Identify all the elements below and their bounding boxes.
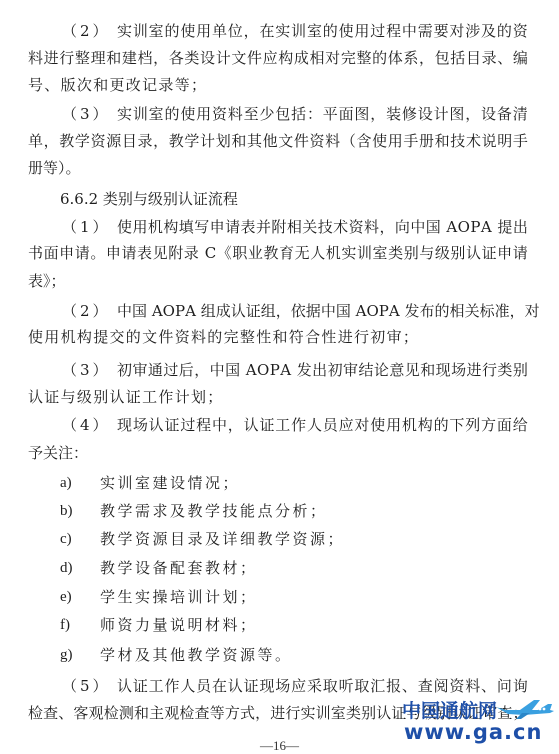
step-first-line: 现场认证过程中，认证工作人员应对使用机构的下列方面给: [117, 415, 528, 435]
step-number: （3）: [62, 360, 111, 380]
paragraph-line: 单，教学资源目录，教学计划和其他文件资料（含使用手册和技术说明手: [28, 131, 528, 151]
step-line: 予关注：: [28, 443, 528, 463]
paragraph-line: 号、版次和更改记录等；: [28, 75, 528, 95]
list-item-label: a): [60, 473, 72, 493]
list-item-text: 学生实操培训计划；: [100, 587, 258, 607]
paragraph-line: 料进行整理和建档，各类设计文件应构成相对完整的体系，包括目录、编: [28, 48, 528, 68]
watermark-name: 中国通航网: [402, 696, 497, 723]
list-item-text: 实训室建设情况；: [100, 473, 240, 493]
list-item-label: g): [60, 645, 73, 665]
step-first-line: 初审通过后，中国 AOPA 发出初审结论意见和现场进行类别: [117, 360, 528, 380]
list-item-label: b): [60, 501, 73, 521]
step-number: （5）: [62, 676, 111, 696]
list-item-text: 教学资源目录及详细教学资源；: [100, 529, 345, 549]
step-line: 认证与级别认证工作计划；: [28, 387, 528, 407]
list-item-text: 学材及其他教学资源等。: [100, 645, 293, 665]
step-line: 使用机构提交的文件资料的完整性和符合性进行初审；: [28, 327, 528, 347]
watermark-url: www.ga.cn: [404, 720, 542, 744]
step-number: （2）: [62, 301, 111, 321]
step-line: 表》；: [28, 271, 528, 291]
list-item-text: 教学需求及教学技能点分析；: [100, 501, 328, 521]
paragraph-number: （2）: [62, 21, 111, 41]
list-item-label: e): [60, 587, 72, 607]
list-item-label: c): [60, 529, 72, 549]
paragraph-line: 册等）。: [28, 158, 528, 178]
step-number: （1）: [62, 217, 111, 237]
step-first-line: 中国 AOPA 组成认证组，依据中国 AOPA 发布的相关标准，对: [117, 301, 528, 321]
paragraph-number: （3）: [62, 104, 111, 124]
step-number: （4）: [62, 415, 111, 435]
section-heading: 6.6.2 类别与级别认证流程: [60, 189, 238, 209]
list-item-text: 教学设备配套教材；: [100, 558, 258, 578]
step-line: 书面申请。申请表见附录 C《职业教育无人机实训室类别与级别认证申请: [28, 243, 528, 263]
list-item-label: f): [60, 615, 70, 635]
step-first-line: 使用机构填写申请表并附相关技术资料，向中国 AOPA 提出: [117, 217, 528, 237]
airplane-icon: [494, 698, 556, 720]
step-first-line: 认证工作人员在认证现场应采取听取汇报、查阅资料、问询: [117, 676, 528, 696]
list-item-text: 师资力量说明材料；: [100, 615, 258, 635]
list-item-label: d): [60, 558, 73, 578]
paragraph-first-line: 实训室的使用单位，在实训室的使用过程中需要对涉及的资: [117, 21, 528, 41]
paragraph-first-line: 实训室的使用资料至少包括：平面图，装修设计图，设备清: [117, 104, 528, 124]
watermark: 中国通航网 www.ga.cn: [390, 696, 559, 754]
